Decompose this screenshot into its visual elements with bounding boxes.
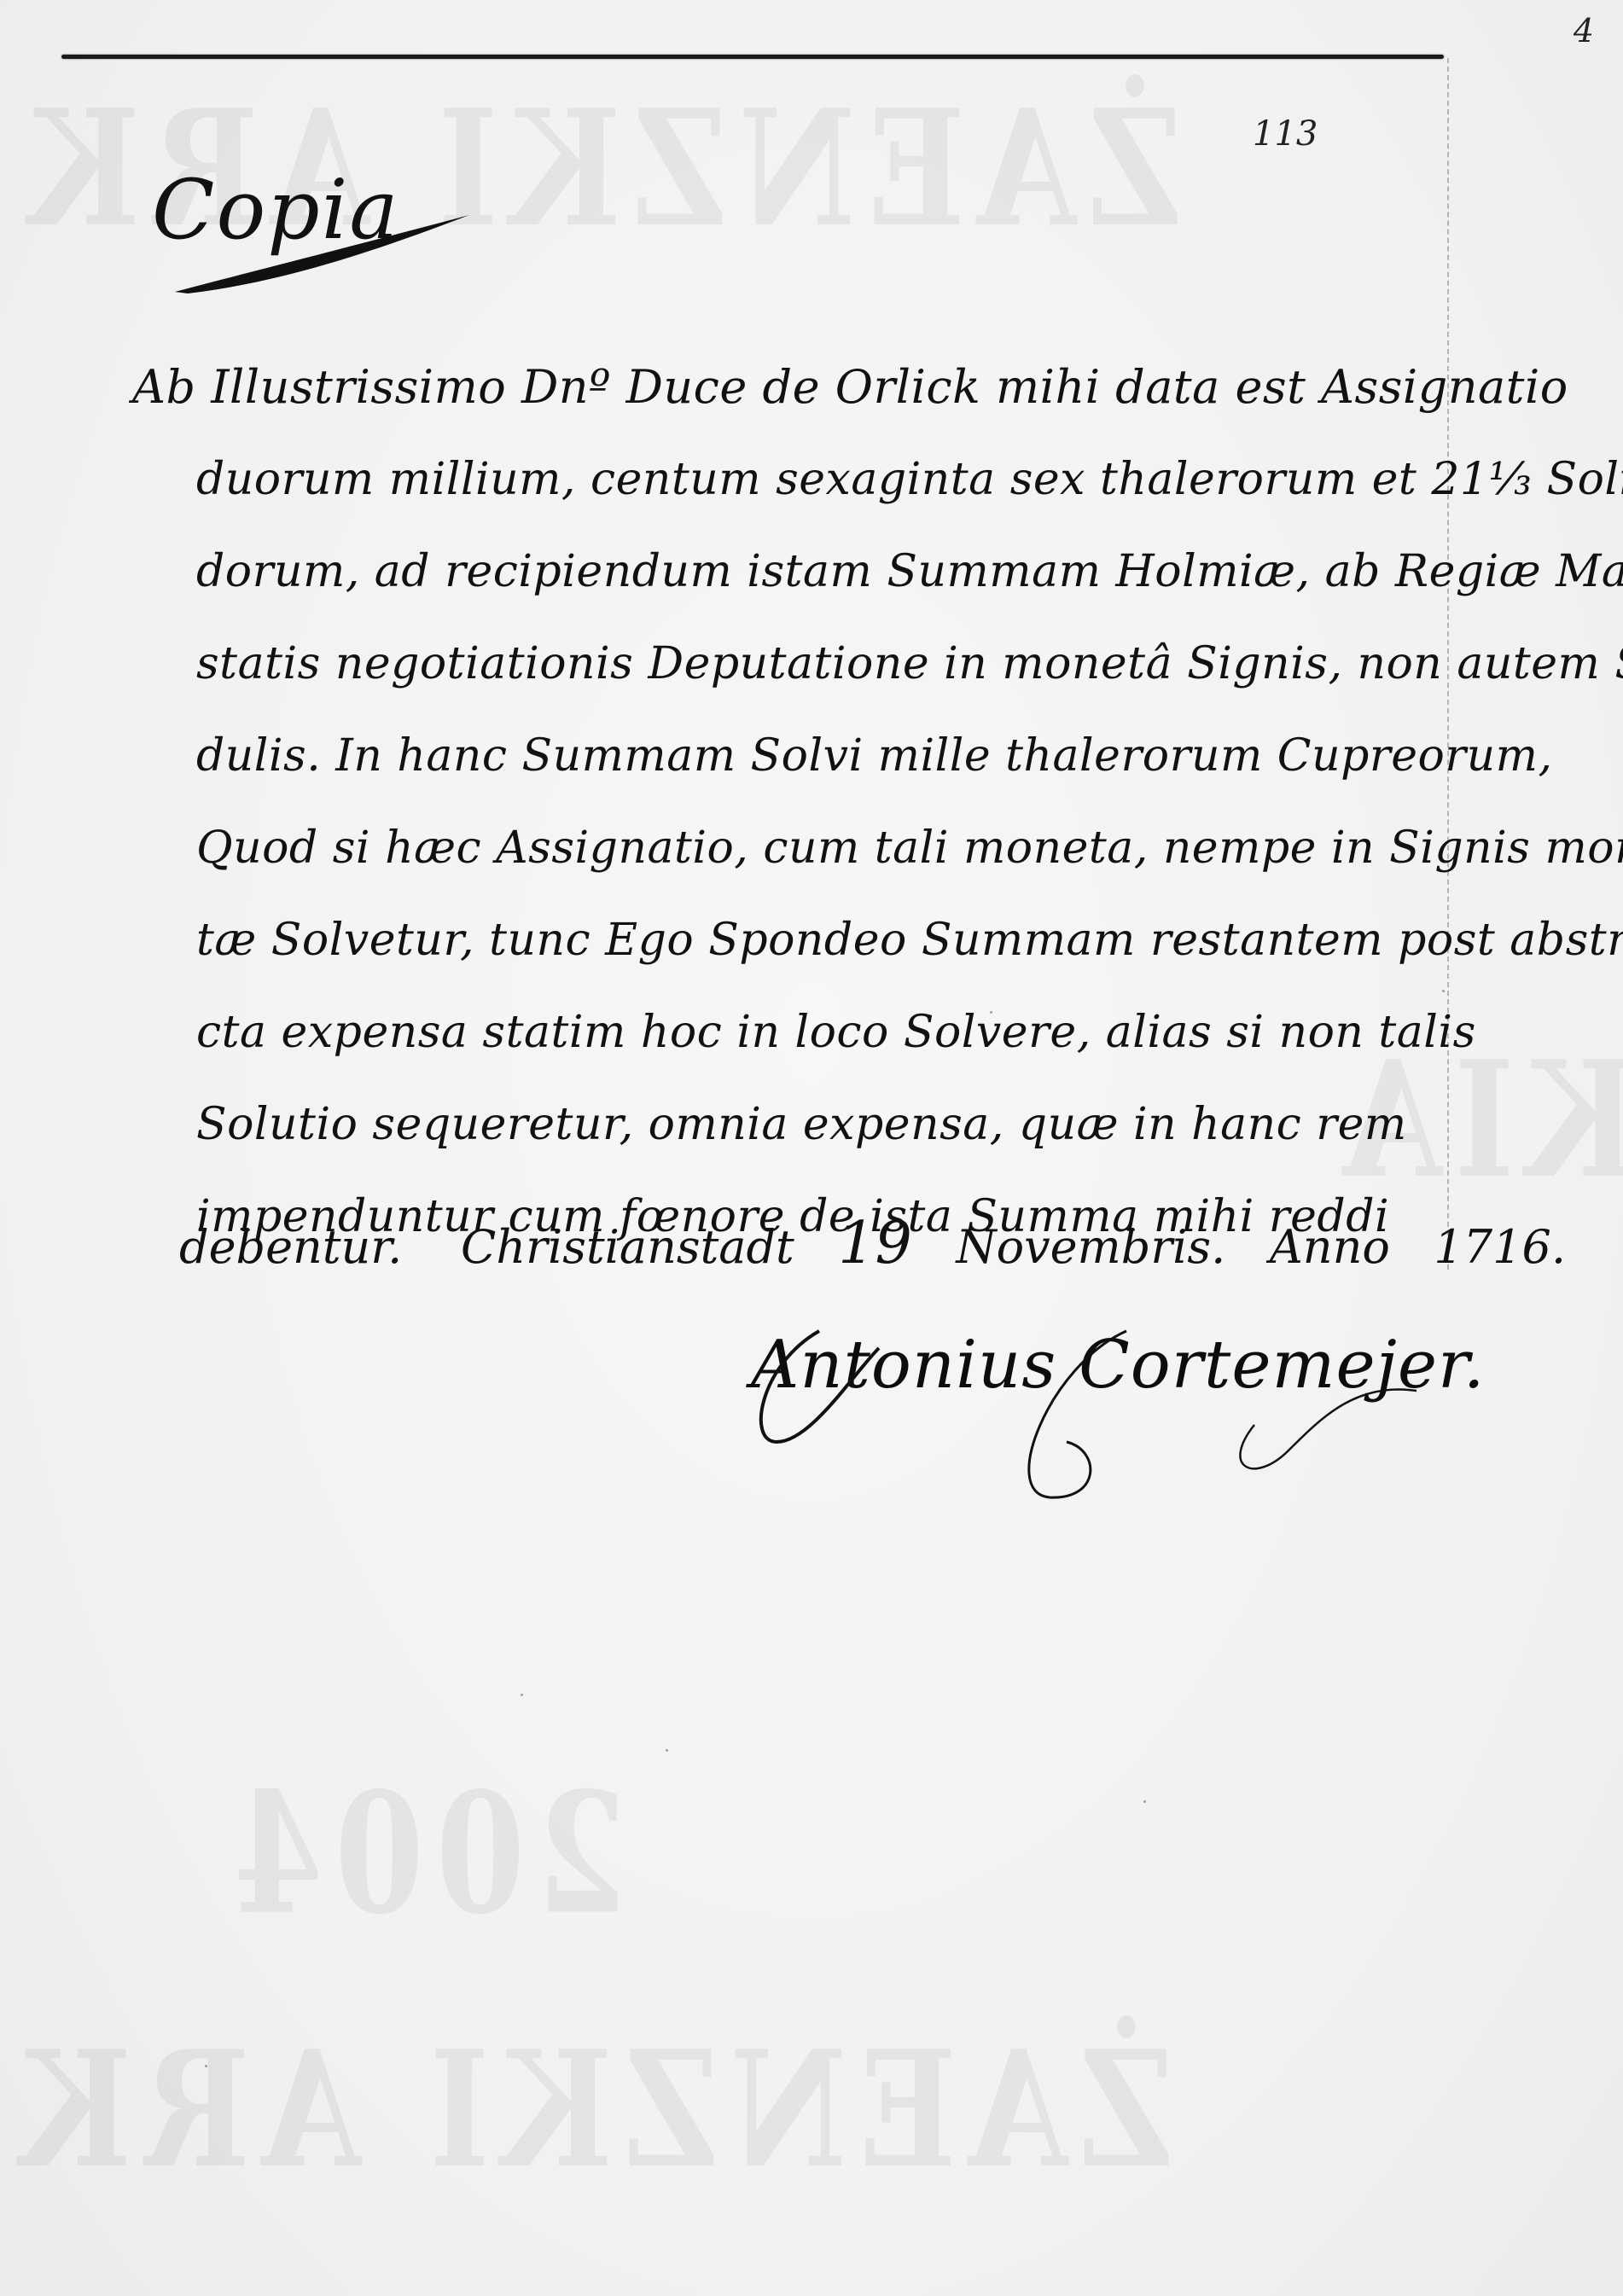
watermark-bottom: ŻAENZKI ARK [9, 2016, 1173, 2204]
page-number: 113 [1253, 114, 1318, 154]
watermark-year: 2004 [222, 1757, 625, 1952]
body-line: cta expensa statim hoc in loco Solvere, … [132, 986, 1446, 1078]
closing-year: 1716. [1434, 1220, 1566, 1274]
body-line: Ab Illustrissimo Dnº Duce de Orlick mihi… [132, 341, 1446, 433]
body-line: tæ Solvetur, tunc Ego Spondeo Summam res… [132, 894, 1446, 986]
body-line: Solutio sequeretur, omnia expensa, quæ i… [132, 1078, 1446, 1171]
closing-day: 19 [838, 1210, 912, 1277]
scanned-document-page: ŻAENZKI ARK KIA 2004 ŻAENZKI ARK 4 113 C… [0, 0, 1623, 2296]
closing-place: Christianstadt [461, 1220, 794, 1274]
folio-number: 4 [1574, 12, 1594, 49]
body-line: dulis. In hanc Summam Solvi mille thaler… [132, 710, 1446, 802]
body-line: dorum, ad recipiendum istam Summam Holmi… [132, 526, 1446, 618]
document-body: Ab Illustrissimo Dnº Duce de Orlick mihi… [132, 341, 1446, 1263]
closing-debentur: debentur. [179, 1220, 402, 1274]
heading-flourish-icon [171, 198, 478, 300]
closing-line: debentur. Christianstadt 19 Novembris. A… [179, 1210, 1566, 1277]
closing-month: Novembris. [956, 1220, 1225, 1274]
top-ruled-line [61, 55, 1444, 59]
body-line: statis negotiationis Deputatione in mone… [132, 618, 1446, 710]
closing-year-label: Anno [1270, 1220, 1390, 1274]
body-line: duorum millium, centum sexaginta sex tha… [132, 433, 1446, 526]
body-line: Quod si hæc Assignatio, cum tali moneta,… [132, 802, 1446, 894]
signature: Antonius Cortemejer. [751, 1327, 1486, 1404]
